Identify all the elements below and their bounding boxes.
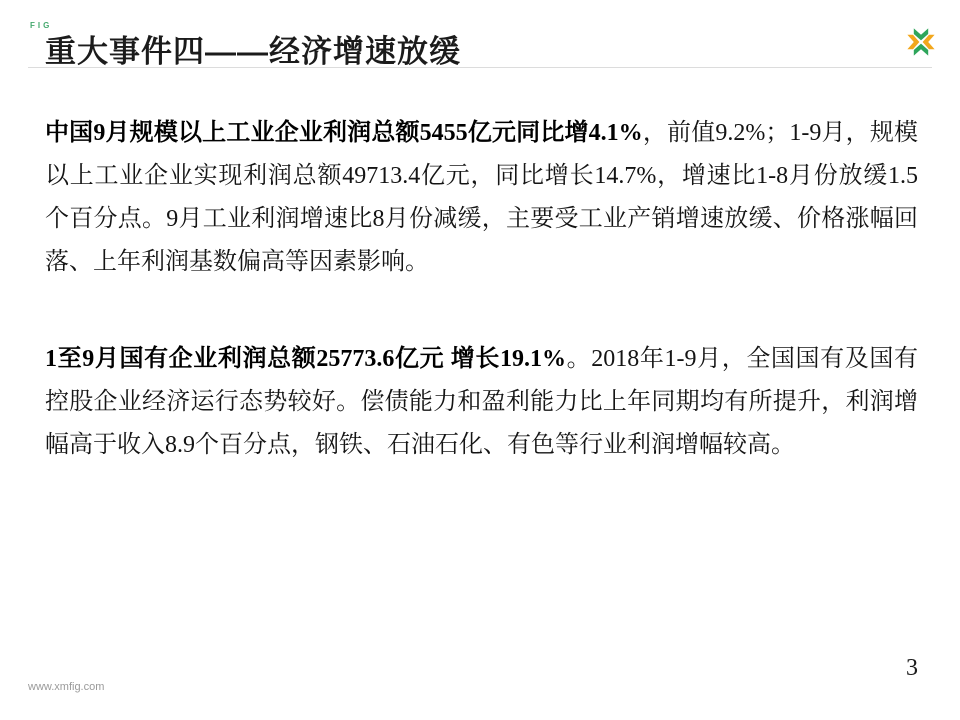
emphasis-text: 1至9月国有企业利润总额25773.6亿元 增长19.1% — [45, 346, 566, 372]
paragraph-industrial-profits: 中国9月规模以上工业企业利润总额5455亿元同比增4.1%，前值9.2%；1-9… — [45, 112, 918, 284]
emphasis-text: 中国9月规模以上工业企业利润总额5455亿元同比增4.1% — [45, 120, 643, 146]
paragraph-soe-profits: 1至9月国有企业利润总额25773.6亿元 增长19.1%。2018年1-9月，… — [45, 338, 918, 467]
page-number: 3 — [906, 655, 918, 682]
footer-website: www.xmfig.com — [28, 681, 104, 693]
company-pinwheel-logo-icon — [905, 26, 937, 58]
slide-body-text: 中国9月规模以上工业企业利润总额5455亿元同比增4.1%，前值9.2%；1-9… — [45, 112, 918, 521]
title-divider — [28, 67, 932, 68]
page-title: 重大事件四——经济增速放缓 — [45, 26, 461, 71]
presentation-slide: FIG 重大事件四——经济增速放缓 中国9月规模以上工业企业利润总额5455亿元… — [0, 0, 960, 720]
